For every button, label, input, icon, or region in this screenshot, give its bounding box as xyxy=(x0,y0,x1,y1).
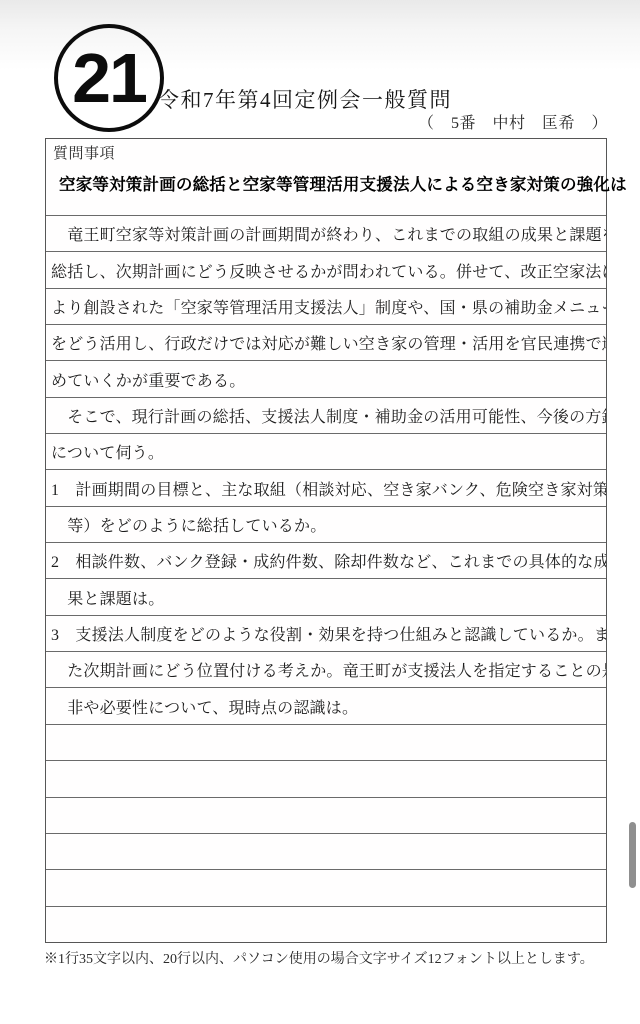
form-line-row: 1 計画期間の目標と、主な取組（相談対応、空き家バンク、危険空き家対策 xyxy=(46,470,606,506)
form-line-row: 竜王町空家等対策計画の計画期間が終わり、これまでの取組の成果と課題を xyxy=(46,216,606,252)
form-line-row: 果と課題は。 xyxy=(46,579,606,615)
scrollbar-thumb[interactable] xyxy=(629,822,636,888)
form-line-row xyxy=(46,725,606,761)
form-line-row: 2 相談件数、バンク登録・成約件数、除却件数など、これまでの具体的な成 xyxy=(46,543,606,579)
form-line-row: めていくかが重要である。 xyxy=(46,361,606,397)
form-line-row xyxy=(46,761,606,797)
form-line-row: そこで、現行計画の総括、支援法人制度・補助金の活用可能性、今後の方針 xyxy=(46,398,606,434)
form-line-row: た次期計画にどう位置付ける考えか。竜王町が支援法人を指定することの是 xyxy=(46,652,606,688)
form-line-row: 非や必要性について、現時点の認識は。 xyxy=(46,688,606,724)
question-title: 空家等対策計画の総括と空家等管理活用支援法人による空き家対策の強化は xyxy=(46,171,606,195)
form-line-row: 総括し、次期計画にどう反映させるかが問われている。併せて、改正空家法に xyxy=(46,252,606,288)
form-line-row xyxy=(46,907,606,942)
member-name-line: （ 5番 中村 匡希 ） xyxy=(418,110,608,133)
question-number-badge: 21 xyxy=(54,24,164,132)
form-line-row xyxy=(46,870,606,906)
form-line-row: より創設された「空家等管理活用支援法人」制度や、国・県の補助金メニュー xyxy=(46,289,606,325)
section-label: 質問事項 xyxy=(46,139,606,163)
form-line-row xyxy=(46,798,606,834)
form-line-row xyxy=(46,834,606,870)
document-title: 令和7年第4回定例会一般質問 xyxy=(158,84,452,114)
form-line-row: 3 支援法人制度をどのような役割・効果を持つ仕組みと認識しているか。ま xyxy=(46,616,606,652)
question-number: 21 xyxy=(72,38,146,118)
question-header-cell: 質問事項 空家等対策計画の総括と空家等管理活用支援法人による空き家対策の強化は xyxy=(46,139,606,216)
format-rules-footnote: ※1行35文字以内、20行以内、パソコン使用の場合文字サイズ12フォント以上とし… xyxy=(44,948,594,968)
form-line-row: 等）をどのように総括しているか。 xyxy=(46,507,606,543)
form-line-row: について伺う。 xyxy=(46,434,606,470)
form-line-row: をどう活用し、行政だけでは対応が難しい空き家の管理・活用を官民連携で進 xyxy=(46,325,606,361)
question-form-table: 質問事項 空家等対策計画の総括と空家等管理活用支援法人による空き家対策の強化は … xyxy=(45,138,607,943)
form-lines: 竜王町空家等対策計画の計画期間が終わり、これまでの取組の成果と課題を 総括し、次… xyxy=(46,216,606,942)
